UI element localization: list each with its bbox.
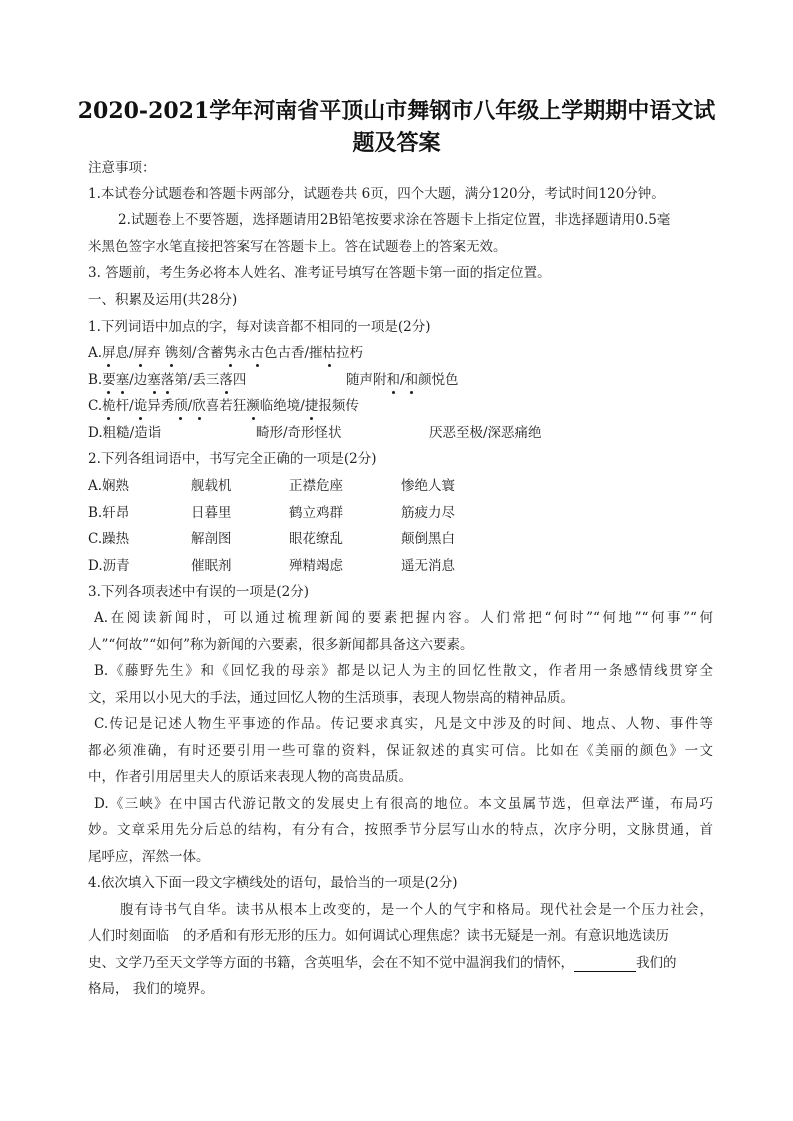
option-word: 正襟危座 bbox=[289, 477, 343, 495]
option-text: 四 bbox=[233, 372, 247, 388]
option-text: 弃 bbox=[147, 345, 165, 361]
question-1-option-b: B.要塞/边塞落第/丢三落四 随声附和/和颜悦色 bbox=[88, 371, 713, 389]
question-3-option-a-line-1: A.在阅读新闻时，可以通过梳理新闻的要素把握内容。人们常把“何时”“何地”“何事… bbox=[94, 609, 713, 627]
option-text: 息/ bbox=[116, 345, 134, 361]
question-3-option-d-line-3: 尾呼应，浑然一体。 bbox=[88, 848, 713, 866]
emphasized-char: 屏 bbox=[134, 344, 148, 362]
emphasized-char: 落 bbox=[219, 371, 233, 389]
option-d-col-2: 畸形/奇形怪状 bbox=[256, 424, 342, 442]
fill-in-blank-line bbox=[574, 957, 636, 972]
option-label: B. bbox=[88, 372, 102, 388]
option-text: 永 bbox=[237, 345, 251, 361]
option-text: 颜悦色 bbox=[418, 372, 459, 388]
option-word: 惨绝人寰 bbox=[401, 477, 455, 495]
emphasized-char: 要 bbox=[102, 371, 116, 389]
option-text: 刻/含蓄 bbox=[178, 345, 223, 361]
notice-item-3: 3. 答题前，考生务必将本人姓名、准考证号填写在答题卡第一面的指定位置。 bbox=[88, 264, 713, 282]
option-word: 舰载机 bbox=[191, 477, 232, 495]
question-2-stem: 2.下列各组词语中，书写完全正确的一项是(2分) bbox=[88, 450, 713, 468]
option-word: 日暮里 bbox=[191, 504, 232, 522]
emphasized-char: 枯 bbox=[323, 344, 337, 362]
notice-item-2-line-2: 米黑色签字水笔直接把答案写在答题卡上。答在试题卷上的答案无效。 bbox=[88, 238, 713, 256]
question-1-option-a: A.屏息/屏弃 镌刻/含蓄隽永古色古香/摧枯拉朽 bbox=[88, 344, 713, 362]
option-word: A.娴熟 bbox=[88, 477, 129, 495]
question-3-option-c-line-1: C.传记是记述人物生平事迹的作品。传记要求真实，凡是文中涉及的时间、地点、人物、… bbox=[94, 715, 713, 733]
emphasized-char: 濒 bbox=[246, 397, 260, 415]
option-text: 喜若狂 bbox=[206, 398, 247, 414]
question-3-option-c-line-3: 中，作者引用居里夫人的原话来表现人物的高贵品质。 bbox=[88, 768, 713, 786]
paragraph-text: 史、文学乃至天文学等方面的书籍，含英咀华，会在不知不觉中温润我们的情怀， bbox=[88, 955, 574, 971]
emphasized-char: 欣 bbox=[192, 397, 206, 415]
option-word: 遥无消息 bbox=[401, 557, 455, 575]
option-word: 颠倒黑白 bbox=[401, 530, 455, 548]
option-text: 临绝境/ bbox=[260, 398, 305, 414]
emphasized-char: 桅 bbox=[102, 397, 116, 415]
option-label: D. bbox=[88, 425, 103, 441]
option-word: 解剖图 bbox=[191, 530, 232, 548]
option-word: B.轩昂 bbox=[88, 504, 129, 522]
paragraph-text: 我们的 bbox=[636, 955, 677, 971]
question-1-option-c: C.桅杆/诡异秀颀/欣喜若狂濒临绝境/捷报频传 bbox=[88, 397, 713, 415]
option-text: 杆/ bbox=[116, 398, 134, 414]
emphasized-char: 颀 bbox=[174, 397, 188, 415]
option-text: 随声附 bbox=[346, 372, 387, 388]
option-text: 粗糙/造诣 bbox=[103, 425, 162, 441]
paragraph-text: 人们时刻面临 bbox=[88, 928, 169, 944]
question-4-paragraph-line-3: 史、文学乃至天文学等方面的书籍，含英咀华，会在不知不觉中温润我们的情怀，我们的 bbox=[88, 954, 713, 972]
option-text: 第/丢三 bbox=[174, 372, 219, 388]
emphasized-char: 落 bbox=[161, 371, 175, 389]
paragraph-text: 的矛盾和有形无形的压力。如何调试心理焦虑？读书无疑是一剂。有意识地选读历 bbox=[183, 928, 669, 944]
question-3-option-b-line-2: 文，采用以小见大的手法，通过回忆人物的生活琐事，表现人物崇高的精神品质。 bbox=[88, 689, 713, 707]
emphasized-char: 古 bbox=[250, 344, 264, 362]
option-word: 筋疲力尽 bbox=[401, 504, 455, 522]
emphasized-char: 塞 bbox=[116, 371, 130, 389]
question-4-paragraph-line-4: 格局， 我们的境界。 bbox=[88, 980, 713, 998]
emphasized-char: 和 bbox=[387, 371, 401, 389]
option-word: 鹤立鸡群 bbox=[289, 504, 343, 522]
option-text: 报频传 bbox=[318, 398, 359, 414]
title-line-2: 题及答案 bbox=[60, 128, 733, 158]
notice-heading: 注意事项： bbox=[88, 159, 713, 177]
question-3-option-a-line-2: 人”“何故”“如何”称为新闻的六要素，很多新闻都具备这六要素。 bbox=[88, 636, 713, 654]
option-word: 殚精竭虑 bbox=[289, 557, 343, 575]
option-word: C.躁热 bbox=[88, 530, 129, 548]
emphasized-char: 镌 bbox=[165, 344, 179, 362]
option-text: 拉朽 bbox=[336, 345, 363, 361]
question-3-option-d-line-1: D.《三峡》在中国古代游记散文的发展史上有很高的地位。本文虽属节选，但章法严谨，… bbox=[94, 795, 713, 813]
question-4-stem: 4.依次填入下面一段文字横线处的语句，最恰当的一项是(2分) bbox=[88, 874, 713, 892]
question-4-paragraph-line-1: 腹有诗书气自华。读书从根本上改变的，是一个人的气宇和格局。现代社会是一个压力社会… bbox=[120, 901, 713, 919]
question-3-option-b-line-1: B.《藤野先生》和《回忆我的母亲》都是以记人为主的回忆性散文，作者用一条感情线贯… bbox=[94, 662, 713, 680]
option-d-col-1: D.粗糙/造诣 bbox=[88, 424, 161, 442]
question-3-option-d-line-2: 妙。文章采用先分后总的结构，有分有合，按照季节分层写山水的特点，次序分明，文脉贯… bbox=[88, 821, 713, 839]
option-word: D.沥青 bbox=[88, 557, 130, 575]
emphasized-char: 捷 bbox=[305, 397, 319, 415]
emphasized-char: 塞 bbox=[147, 371, 161, 389]
question-1-stem: 1.下列词语中加点的字，每对读音都不相同的一项是(2分) bbox=[88, 318, 713, 336]
option-b-col-2: 随声附和/和颜悦色 bbox=[346, 371, 459, 389]
question-4-paragraph-line-2: 人们时刻面临的矛盾和有形无形的压力。如何调试心理焦虑？读书无疑是一剂。有意识地选… bbox=[88, 927, 713, 945]
notice-item-1: 1.本试卷分试题卷和答题卡两部分，试题卷共 6页，四个大题，满分120分，考试时… bbox=[88, 185, 713, 203]
option-d-col-3: 厌恶至极/深恶痛绝 bbox=[429, 424, 542, 442]
emphasized-char: 隽 bbox=[223, 344, 237, 362]
option-word: 眼花缭乱 bbox=[289, 530, 343, 548]
notice-item-2-line-1: 2.试题卷上不要答题，选择题请用2B铅笔按要求涂在答题卡上指定位置，非选择题请用… bbox=[118, 211, 713, 229]
emphasized-char: 诡 bbox=[134, 397, 148, 415]
section-1-heading: 一、积累及运用(共28分) bbox=[88, 291, 713, 309]
option-text: 异秀 bbox=[147, 398, 174, 414]
document-page: 2020-2021学年河南省平顶山市舞钢市八年级上学期期中语文试 题及答案 注意… bbox=[0, 0, 793, 1121]
emphasized-char: 和 bbox=[405, 371, 419, 389]
option-word: 催眠剂 bbox=[191, 557, 232, 575]
emphasized-char: 屏 bbox=[102, 344, 116, 362]
option-text: /边 bbox=[129, 372, 147, 388]
question-3-option-c-line-2: 都必须准确，有时还要引用一些可靠的资料，保证叙述的真实可信。比如在《美丽的颜色》… bbox=[88, 742, 713, 760]
title-line-1: 2020-2021学年河南省平顶山市舞钢市八年级上学期期中语文试 bbox=[60, 96, 733, 126]
option-text: 色古香/摧 bbox=[264, 345, 323, 361]
option-label: A. bbox=[88, 345, 102, 361]
option-label: C. bbox=[88, 398, 102, 414]
question-3-stem: 3.下列各项表述中有误的一项是(2分) bbox=[88, 583, 713, 601]
